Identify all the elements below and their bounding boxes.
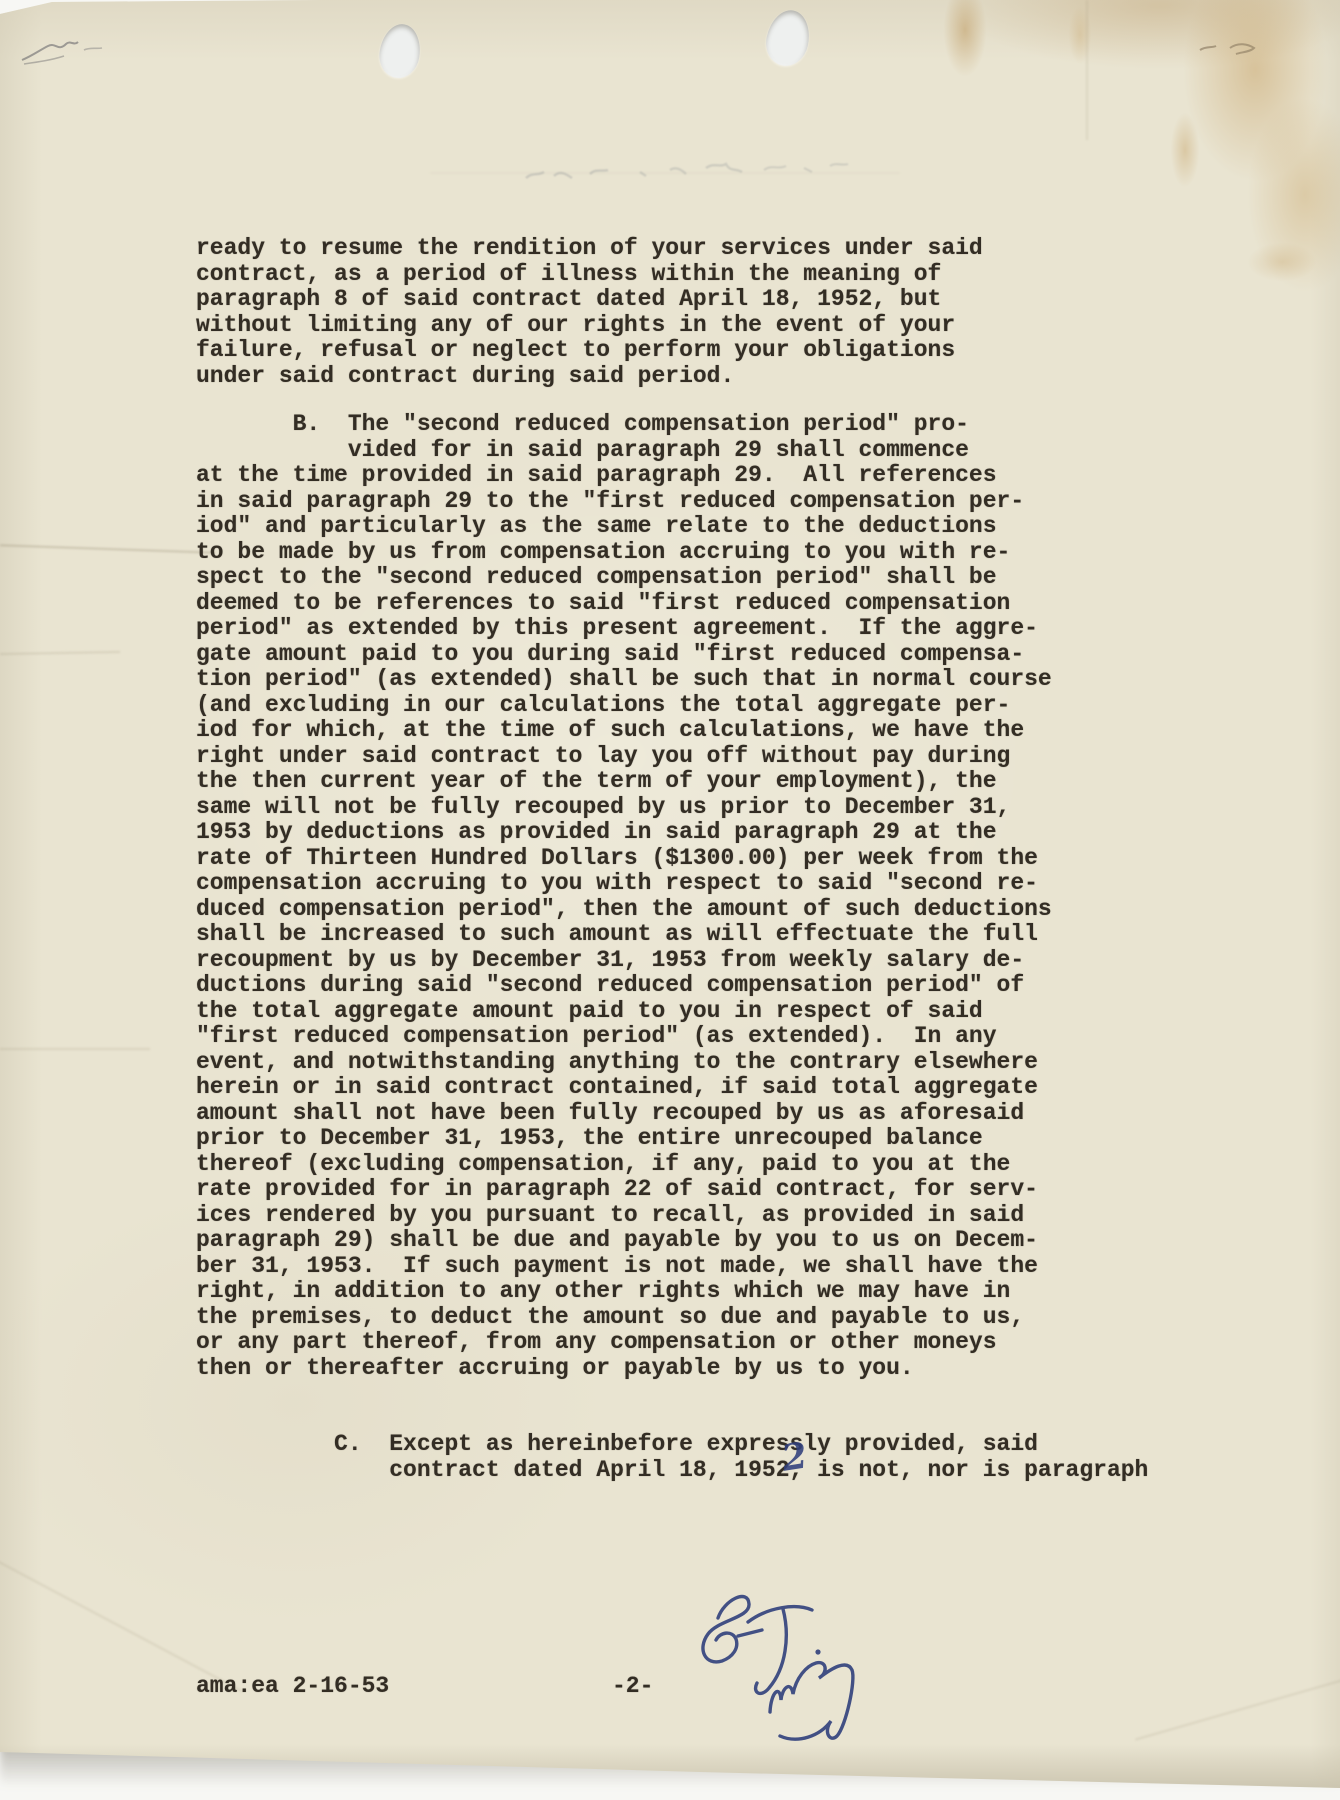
paper-crease <box>0 651 120 655</box>
punch-hole-left <box>376 21 424 81</box>
scanned-document-page: { "document": { "kind": "typewritten con… <box>0 0 1340 1800</box>
paper-crease <box>1086 0 1088 140</box>
punch-hole-right <box>762 6 815 70</box>
paper-sheet: ready to resume the rendition of your se… <box>0 0 1340 1800</box>
typist-reference-line: ama:ea 2-16-53 <box>196 1674 389 1700</box>
handwritten-initials-signature <box>620 1560 900 1770</box>
paragraph-continuation: ready to resume the rendition of your se… <box>196 236 983 389</box>
paragraph-section-c: C. Except as hereinbefore expressly prov… <box>196 1432 1148 1483</box>
paper-crease <box>0 544 215 554</box>
paper-crease <box>0 1550 243 1693</box>
paragraph-section-b: B. The "second reduced compensation peri… <box>196 412 1052 1381</box>
paper-crease <box>1135 1661 1340 1740</box>
ghost-text-impression <box>520 148 900 194</box>
corner-pencil-ticks <box>1196 34 1276 64</box>
paper-crease <box>0 1048 150 1050</box>
pencil-scribble-mark <box>18 30 138 74</box>
